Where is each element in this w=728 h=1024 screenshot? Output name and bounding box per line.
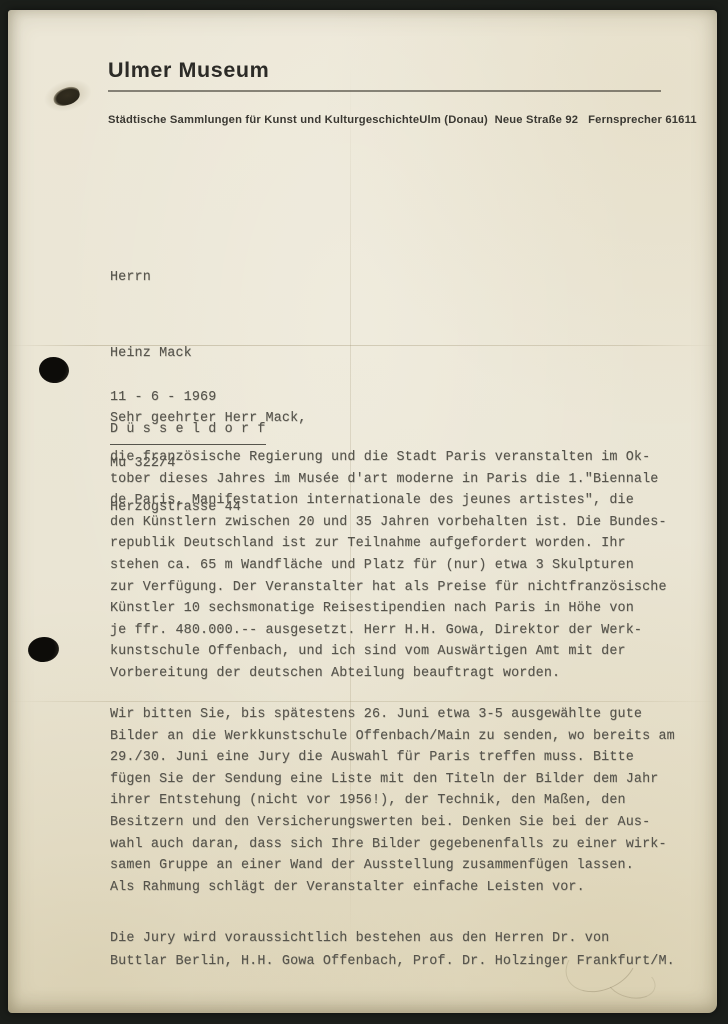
scan-background: Ulmer Museum Städtische Sammlungen für K… — [0, 0, 728, 1024]
salutation-line: Sehr geehrter Herr Mack, — [110, 408, 306, 430]
letter-date: 11 - 6 - 1969 — [110, 387, 216, 409]
letterhead-address: Ulm (Donau) Neue Straße 92 Fernsprecher … — [419, 114, 697, 127]
letterhead-subtitle: Städtische Sammlungen für Kunst und Kult… — [108, 114, 419, 127]
letter-page: Ulmer Museum Städtische Sammlungen für K… — [8, 10, 717, 1013]
punch-hole-middle — [37, 355, 70, 385]
body-paragraph-2: Wir bitten Sie, bis spätestens 26. Juni … — [110, 704, 675, 898]
letterhead-rule — [108, 90, 661, 92]
letterhead-subline: Städtische Sammlungen für Kunst und Kult… — [108, 114, 690, 127]
punch-hole-lower — [27, 635, 60, 663]
fold-crease-lower — [8, 701, 717, 702]
body-paragraph-1: die französische Regierung und die Stadt… — [110, 447, 667, 685]
recipient-title: Herrn — [110, 265, 266, 290]
ink-blot — [51, 85, 82, 109]
letterhead-title: Ulmer Museum — [108, 59, 269, 83]
